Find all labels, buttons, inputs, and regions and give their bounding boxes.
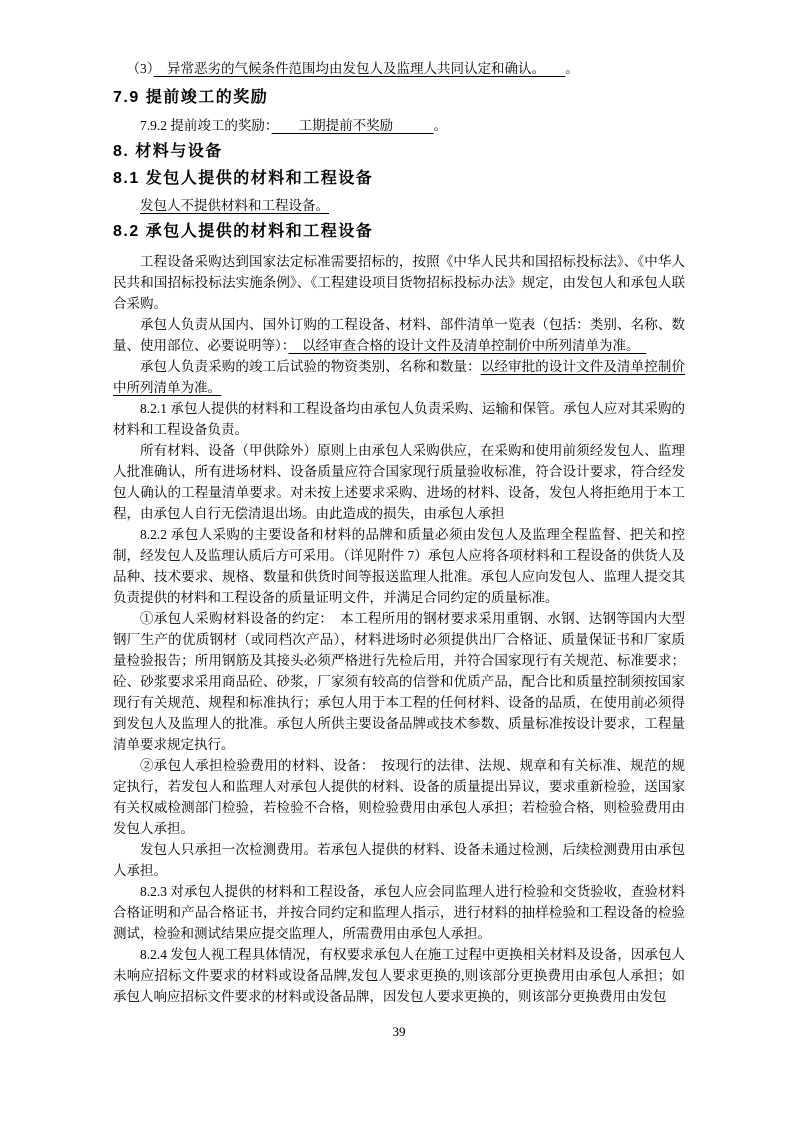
para-test-goods-label: 承包人负责采购的竣工后试验的物资类别、名称和数量： <box>140 359 481 374</box>
clause-8-1-filled-value: 发包人不提供材料和工程设备。 <box>140 198 329 213</box>
clause-7-9-2-label: 7.9.2 提前竣工的奖励： <box>140 118 272 133</box>
para-material-agreement-item-1: ①承包人采购材料设备的约定： 本工程所用的钢材要求采用重钢、水钢、达钢等国内大型… <box>113 608 685 755</box>
para-joint-procurement: 工程设备采购达到国家法定标准需要招标的，按照《中华人民共和国招标投标法》、《中华… <box>113 251 685 314</box>
para-material-approval-rules: 所有材料、设备（甲供除外）原则上由承包人采购供应，在采购和使用前须经发包人、监理… <box>113 440 685 524</box>
clause-7-9-2-period: 。 <box>434 118 448 133</box>
clause-3-filled-value: 异常恶劣的气候条件范围均由发包人及监理人共同认定和确认。 <box>154 61 566 76</box>
para-order-list: 承包人负责从国内、国外订购的工程设备、材料、部件清单一览表（包括：类别、名称、数… <box>113 314 685 356</box>
clause-3-label: （3） <box>127 61 154 76</box>
heading-7-9: 7.9 提前竣工的奖励 <box>113 87 685 109</box>
document-page: （3） 异常恶劣的气候条件范围均由发包人及监理人共同认定和确认。 。 7.9 提… <box>0 0 793 1122</box>
para-8-2-2: 8.2.2 承包人采购的主要设备和材料的品牌和质量必须由发包人及监理全程监督、把… <box>113 524 685 608</box>
heading-8-2: 8.2 承包人提供的材料和工程设备 <box>113 221 685 243</box>
para-completion-test-goods: 承包人负责采购的竣工后试验的物资类别、名称和数量：以经审批的设计文件及清单控制价… <box>113 356 685 398</box>
clause-8-1-answer: 发包人不提供材料和工程设备。 <box>113 195 685 216</box>
para-8-2-4: 8.2.4 发包人视工程具体情况，有权要求承包人在施工过程中更换相关材料及设备，… <box>113 944 685 1007</box>
para-8-2-1: 8.2.1 承包人提供的材料和工程设备均由承包人负责采购、运输和保管。承包人应对… <box>113 398 685 440</box>
heading-8-1: 8.1 发包人提供的材料和工程设备 <box>113 168 685 190</box>
clause-7-9-2-filled-value: 工期提前不奖励 <box>272 118 434 133</box>
para-8-2-3: 8.2.3 对承包人提供的材料和工程设备，承包人应会同监理人进行检验和交货验收，… <box>113 881 685 944</box>
clause-3-period: 。 <box>565 61 579 76</box>
heading-8: 8. 材料与设备 <box>113 141 685 163</box>
para-order-list-filled-value: 以经审查合格的设计文件及清单控制价中所列清单为准。 <box>289 338 647 353</box>
para-inspection-cost-item-2: ②承包人承担检验费用的材料、设备： 按现行的法律、法规、规章和有关标准、规范的规… <box>113 755 685 839</box>
clause-7-8-3-line: （3） 异常恶劣的气候条件范围均由发包人及监理人共同认定和确认。 。 <box>113 58 685 79</box>
page-number: 39 <box>113 1021 685 1042</box>
para-single-test-fee: 发包人只承担一次检测费用。若承包人提供的材料、设备未通过检测，后续检测费用由承包… <box>113 839 685 881</box>
clause-7-9-2-line: 7.9.2 提前竣工的奖励： 工期提前不奖励 。 <box>113 115 685 136</box>
